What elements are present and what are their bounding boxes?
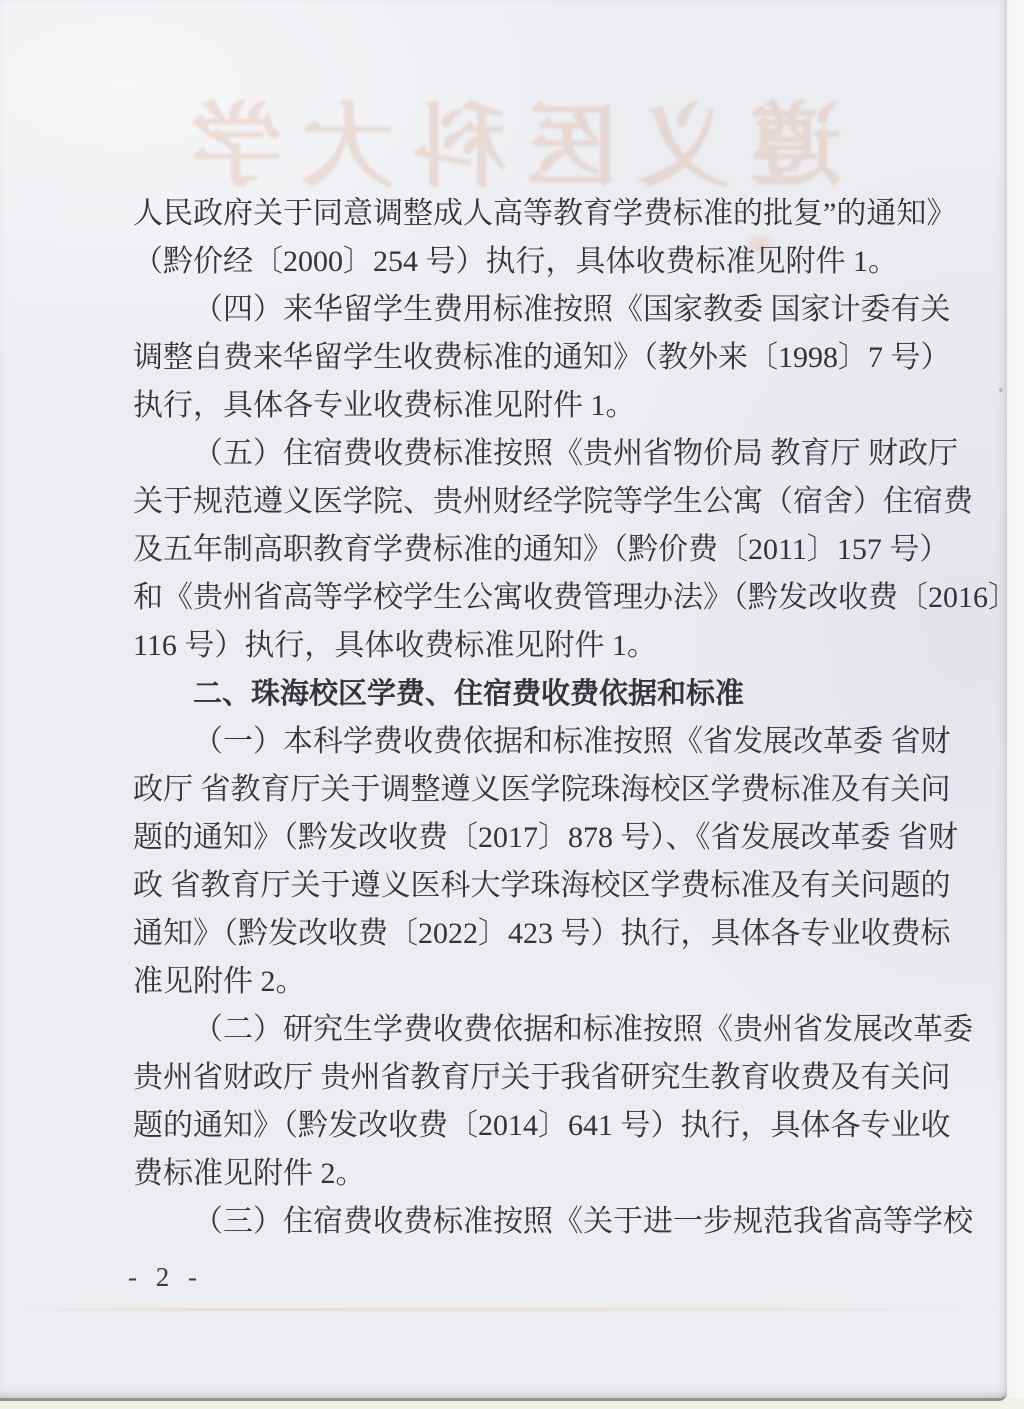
text-line: 政厅 省教育厅关于调整遵义医学院珠海校区学费标准及有关问	[133, 766, 895, 814]
text-line: 贵州省财政厅 贵州省教育厅关于我省研究生教育收费及有关问	[133, 1054, 895, 1102]
text-line: 和《贵州省高等学校学生公寓收费管理办法》（黔发改收费〔2016〕	[133, 574, 895, 622]
scanner-background-right	[1005, 0, 1024, 1409]
text-line: 准见附件 2。	[133, 958, 895, 1006]
show-through-watermark: 遵义医科大学	[168, 84, 844, 194]
section-heading-line: 二、珠海校区学费、住宿费收费依据和标准	[133, 670, 895, 718]
text-line: 人民政府关于同意调整成人高等教育学费标准的批复”的通知》	[133, 190, 895, 238]
scan-speck	[999, 388, 1003, 392]
text-line: 通知》（黔发改收费〔2022〕423 号）执行，具体各专业收费标	[133, 910, 895, 958]
scanned-document-page: 遵义医科大学 人民政府关于同意调整成人高等教育学费标准的批复”的通知》（黔价经〔…	[0, 0, 1007, 1401]
text-line: 题的通知》（黔发改收费〔2014〕641 号）执行，具体各专业收	[133, 1102, 895, 1150]
text-line: （四）来华留学生费用标准按照《国家教委 国家计委有关	[133, 286, 895, 334]
text-line: （三）住宿费收费标准按照《关于进一步规范我省高等学校	[133, 1198, 895, 1246]
text-line: （五）住宿费收费标准按照《贵州省物价局 教育厅 财政厅	[133, 430, 895, 478]
text-line: 费标准见附件 2。	[133, 1150, 895, 1198]
text-line: 题的通知》（黔发改收费〔2017〕878 号）、《省发展改革委 省财	[133, 814, 895, 862]
text-line: （二）研究生学费收费依据和标准按照《贵州省发展改革委	[133, 1006, 895, 1054]
text-line: 执行，具体各专业收费标准见附件 1。	[133, 382, 895, 430]
text-line: 政 省教育厅关于遵义医科大学珠海校区学费标准及有关问题的	[133, 862, 895, 910]
document-text-block: 人民政府关于同意调整成人高等教育学费标准的批复”的通知》（黔价经〔2000〕25…	[133, 190, 895, 1246]
scan-speck	[495, 1066, 498, 1078]
text-line: 调整自费来华留学生收费标准的通知》（教外来〔1998〕7 号）	[133, 334, 895, 382]
text-line: 116 号）执行，具体收费标准见附件 1。	[133, 622, 895, 670]
text-line: （一）本科学费收费依据和标准按照《省发展改革委 省财	[133, 718, 895, 766]
page-number: - 2 -	[128, 1262, 203, 1293]
paper-crease	[0, 1308, 1007, 1311]
text-line: 及五年制高职教育学费标准的通知》（黔价费〔2011〕157 号）	[133, 526, 895, 574]
text-line: （黔价经〔2000〕254 号）执行，具体收费标准见附件 1。	[133, 238, 895, 286]
text-line: 关于规范遵义医学院、贵州财经学院等学生公寓（宿舍）住宿费	[133, 478, 895, 526]
